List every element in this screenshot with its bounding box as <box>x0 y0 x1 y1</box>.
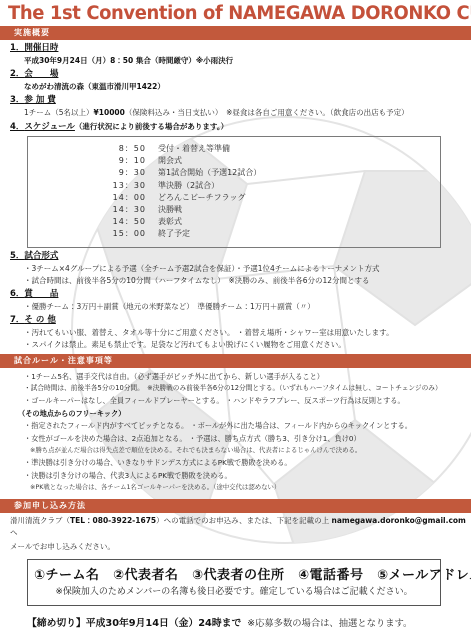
section-heading-1: 1．開催日時 <box>10 43 471 54</box>
fee-line: 1チーム（5名以上）¥10000（保険料込み・当日支払い） ※昼食は各自ご用意く… <box>24 107 467 118</box>
other-bullet-2: ・スパイクは禁止。素足も禁止です。足袋など汚れてもよい脱げにくい履物をご用意くだ… <box>24 339 467 350</box>
deadline-text: 【締め切り】平成30年9月14日（金）24時まで <box>27 618 241 629</box>
schedule-row: 14：50表彰式 <box>106 216 440 228</box>
schedule-row: 8：50受付・着替え等準備 <box>106 143 440 155</box>
rule-subnote: ※PK戦となった場合は、各チーム1名ゴールキーパーを決める。（途中交代は認めない… <box>30 482 469 493</box>
section-heading-2: 2．会 場 <box>10 69 471 80</box>
rules-section: ・1チーム5名、選手交代は自由。（必ず選手がピッチ外に出てから、新しい選手が入る… <box>0 371 471 494</box>
rule-line: ・女性がゴールを決めた場合は、2点追加となる。 ・予選は、勝ち点方式（勝ち3、引… <box>24 433 469 444</box>
deadline-line: 【締め切り】平成30年9月14日（金）24時まで※応募多数の場合は、抽選となりま… <box>27 615 471 629</box>
heading-5-label: 5．試合形式 <box>10 251 58 261</box>
heading-2-label: 2．会 場 <box>10 69 58 79</box>
prize-bullet: ・優勝チーム：3万円＋副賞（地元の米野菜など） 準優勝チーム：1万円＋副賞（〃） <box>24 301 467 312</box>
apply-contact-line-2: メールでお申し込みください。 <box>10 541 467 553</box>
rule-line: ・試合時間は、前後半各5分の10分間。 ※決勝戦のみ前後半各6分の12分間とする… <box>24 383 469 394</box>
schedule-box: 8：50受付・着替え等準備 9：10開会式 9：30第1試合開始（予選12試合）… <box>27 136 441 248</box>
section-heading-4: 4．スケジュール（進行状況により前後する場合があります。） <box>10 121 471 133</box>
rule-line: ・決勝は引き分けの場合、代表3人によるPK戦で勝敗を決める。 <box>24 470 469 481</box>
event-date-line: 平成30年9月24日（月）8：50 集合（時間厳守）※小雨決行 <box>24 55 467 66</box>
apply-contact-line: 滑川清流クラブ（TEL：080-3922-1675）への電話でのお申込み、または… <box>10 515 467 539</box>
rule-line: ・1チーム5名、選手交代は自由。（必ず選手がピッチ外に出てから、新しい選手が入る… <box>24 371 469 382</box>
schedule-row: 14：30決勝戦 <box>106 204 440 216</box>
rule-subnote: ※勝ち点が並んだ場合は得失点差で順位を決める。それでも決まらない場合は、代表者に… <box>30 445 469 456</box>
section-bar-apply: 参加申し込み方法 <box>0 499 471 513</box>
format-bullet-1: ・3チーム×4グループによる予選（全チーム予選2試合を保証）・予選1位4チームに… <box>24 263 467 274</box>
heading-7-label: 7．そ の 他 <box>10 315 56 325</box>
section-heading-7: 7．そ の 他 <box>10 315 471 326</box>
section-heading-5: 5．試合形式 <box>10 251 471 262</box>
insurance-roster-note: ※保険加入のためメンバーの名簿も後日必要です。確定している場合はご記載ください。 <box>34 585 434 600</box>
heading-1-label: 1．開催日時 <box>10 43 58 53</box>
rule-line: ・準決勝は引き分けの場合、いきなりサドンデス方式によるPK戦で勝敗を決める。 <box>24 457 469 468</box>
lottery-note: ※応募多数の場合は、抽選となります。 <box>247 618 412 629</box>
phone-number: TEL：080-3922-1675 <box>70 516 156 525</box>
flyer-page: The 1st Convention of NAMEGAWA DORONKO C… <box>0 0 471 636</box>
venue-line: なめがわ清流の森（東温市滑川甲1422） <box>24 81 467 92</box>
section-heading-6: 6．賞 品 <box>10 289 471 300</box>
format-bullet-2: ・試合時間は、前後半各5分の10分間（ハーフタイムなし） ※決勝のみ、前後半各6… <box>24 275 467 286</box>
page-title: The 1st Convention of NAMEGAWA DORONKO C… <box>8 3 451 24</box>
schedule-row: 13：30準決勝（2試合） <box>106 180 440 192</box>
application-items-box: ①チーム名 ②代表者名 ③代表者の住所 ④電話番号 ⑤メールアドレス ※保険加入… <box>27 559 441 606</box>
schedule-note: （進行状況により前後する場合があります。） <box>75 122 228 131</box>
schedule-row: 9：30第1試合開始（予選12試合） <box>106 167 440 179</box>
heading-6-label: 6．賞 品 <box>10 289 58 299</box>
application-required-items: ①チーム名 ②代表者名 ③代表者の住所 ④電話番号 ⑤メールアドレス <box>34 567 434 585</box>
rule-line: ・ゴールキーパーはなし、全員フィールドプレーヤーとする。 ・ハンドやラフプレー、… <box>24 395 469 406</box>
fee-amount: ¥10000 <box>94 108 125 117</box>
heading-4-label: 4．スケジュール <box>10 122 75 132</box>
section-bar-rules: 試合ルール・注意事項等 <box>0 354 471 368</box>
section-bar-overview: 実施概要 <box>0 26 471 40</box>
rule-line-freekick: （その地点からのフリーキック） <box>18 408 469 419</box>
heading-3-label: 3．参 加 費 <box>10 95 56 105</box>
schedule-row: 9：10開会式 <box>106 155 440 167</box>
other-bullet-1: ・汚れてもいい服、着替え、タオル等十分にご用意ください。 ・着替え場所・シャワー… <box>24 327 467 338</box>
schedule-row: 15：00終了予定 <box>106 228 440 240</box>
email-address: namegawa.doronko@gmail.com <box>332 516 466 525</box>
rule-line: ・指定されたフィールド内がすべてピッチとなる。 ・ボールが外に出た場合は、フィー… <box>24 420 469 431</box>
section-heading-3: 3．参 加 費 <box>10 95 471 106</box>
schedule-row: 14：00どろんこビーチフラッグ <box>106 192 440 204</box>
